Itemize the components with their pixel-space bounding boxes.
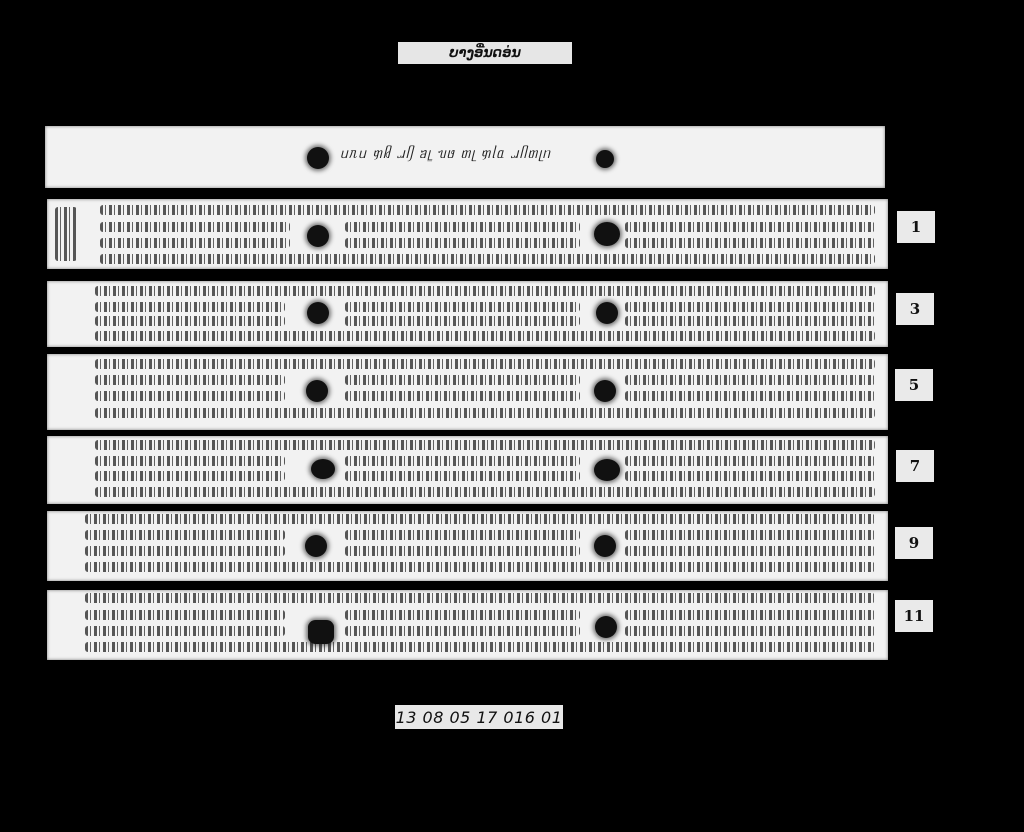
script-line <box>625 626 875 636</box>
binding-hole <box>594 459 620 481</box>
script-line <box>625 375 875 385</box>
binding-hole <box>308 620 334 644</box>
script-line <box>85 593 875 603</box>
catalog-code-label: 13 08 05 17 016 01 <box>395 705 563 729</box>
page-number-tag: 9 <box>895 527 933 559</box>
binding-hole <box>307 225 329 247</box>
script-line <box>95 375 285 385</box>
script-line <box>95 487 875 497</box>
script-line <box>345 316 580 326</box>
script-line <box>95 391 285 401</box>
script-line <box>625 530 875 540</box>
script-line <box>85 610 285 620</box>
script-line <box>95 316 285 326</box>
binding-hole <box>307 147 329 169</box>
binding-hole <box>594 222 620 246</box>
script-line <box>95 456 285 466</box>
binding-hole <box>311 459 335 479</box>
script-line <box>345 530 580 540</box>
binding-hole <box>306 380 328 402</box>
script-line <box>95 359 875 369</box>
script-line <box>95 302 285 312</box>
script-line <box>345 391 580 401</box>
binding-hole <box>307 302 329 324</box>
script-line <box>95 408 875 418</box>
script-line <box>100 222 290 232</box>
script-line <box>345 238 580 248</box>
script-line <box>345 546 580 556</box>
margin-notes <box>55 207 77 261</box>
script-line <box>85 626 285 636</box>
script-line <box>95 440 875 450</box>
script-line <box>95 331 875 341</box>
page-number-tag: 1 <box>897 211 935 243</box>
manuscript-title-label: ບາງອື່ນດອ່ນ <box>398 42 572 64</box>
script-line <box>625 302 875 312</box>
script-line <box>345 302 580 312</box>
page-number-tag: 3 <box>896 293 934 325</box>
binding-hole <box>594 380 616 402</box>
script-line <box>345 456 580 466</box>
script-line <box>625 546 875 556</box>
script-line <box>345 626 580 636</box>
script-line <box>625 238 875 248</box>
script-line <box>625 456 875 466</box>
binding-hole <box>596 302 618 324</box>
script-line <box>95 286 875 296</box>
script-line <box>625 222 875 232</box>
script-line <box>100 254 875 264</box>
script-line <box>625 610 875 620</box>
binding-hole <box>305 535 327 557</box>
cover-title-script: ᥙᥰᥙ ᥞᥤ ᥘᥦ ᥑᥧ ᥔᥳ ᥖᥨ ᥞᥣᥲ ᥘᥥᥖᥨᥒ <box>340 146 551 162</box>
page-number-tag: 7 <box>896 450 934 482</box>
binding-hole <box>594 535 616 557</box>
script-line <box>345 222 580 232</box>
script-line <box>345 471 580 481</box>
script-line <box>85 642 875 652</box>
script-line <box>625 471 875 481</box>
script-line <box>625 391 875 401</box>
script-line <box>345 375 580 385</box>
script-line <box>100 238 290 248</box>
script-line <box>85 562 875 572</box>
page-number-tag: 5 <box>895 369 933 401</box>
script-line <box>625 316 875 326</box>
script-line <box>85 514 875 524</box>
binding-hole <box>596 150 614 168</box>
script-line <box>345 610 580 620</box>
binding-hole <box>595 616 617 638</box>
script-line <box>85 530 285 540</box>
page-number-tag: 11 <box>895 600 933 632</box>
script-line <box>85 546 285 556</box>
script-line <box>95 471 285 481</box>
script-line <box>100 205 875 215</box>
